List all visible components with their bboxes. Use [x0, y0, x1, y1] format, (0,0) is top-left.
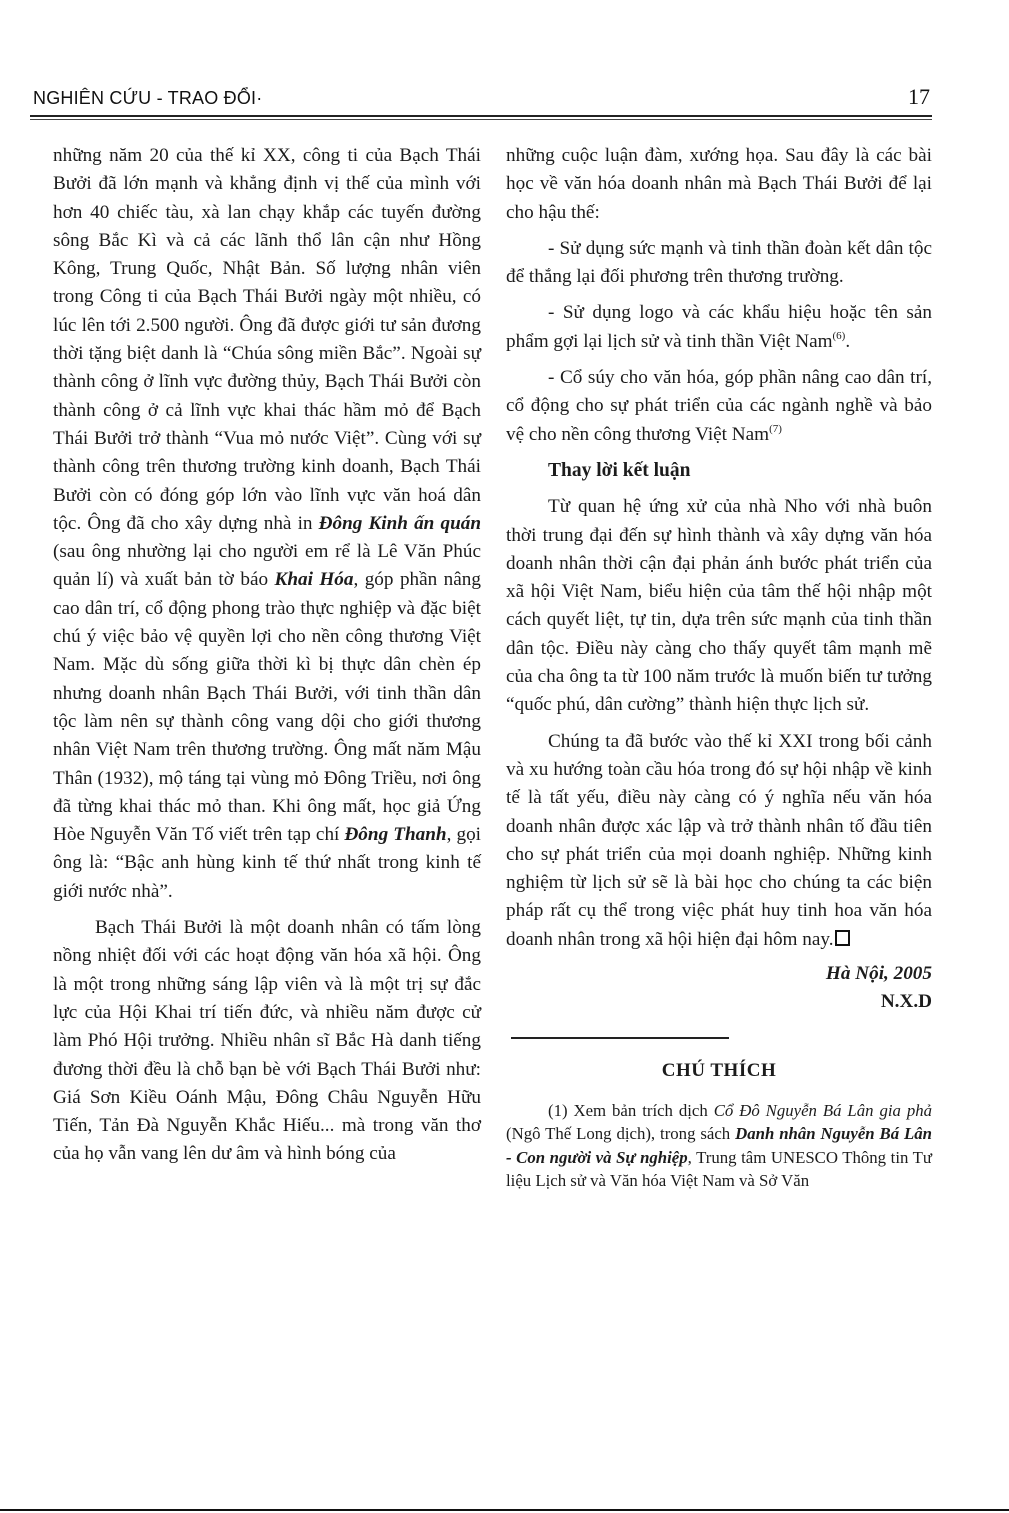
page-bottom-edge: [0, 1509, 1009, 1511]
title-khai-hoa: Khai Hóa: [275, 569, 354, 590]
title-dong-kinh-an-quan: Đông Kinh ấn quán: [319, 513, 481, 534]
paragraph: Chúng ta đã bước vào thế kỉ XXI trong bố…: [506, 728, 932, 954]
header-rule: [30, 115, 932, 117]
lesson-text: - Sử dụng logo và các khẩu hiệu hoặc tên…: [506, 302, 932, 351]
lesson-item: - Cổ súy cho văn hóa, góp phần nâng cao …: [506, 364, 932, 449]
footnote-1: (1) Xem bản trích dịch Cổ Đô Nguyễn Bá L…: [506, 1099, 932, 1193]
section-heading: Thay lời kết luận: [506, 457, 932, 485]
cited-title: Cổ Đô Nguyễn Bá Lân gia phả: [714, 1101, 932, 1120]
text-run: (Ngô Thế Long dịch), trong sách: [506, 1124, 735, 1143]
text-run: .: [845, 331, 850, 352]
page-number: 17: [908, 84, 930, 110]
paragraph: Bạch Thái Bưởi là một doanh nhân có tấm …: [53, 914, 481, 1169]
paragraph: những năm 20 của thế kỉ XX, công ti của …: [53, 142, 481, 906]
notes-divider: [511, 1037, 729, 1039]
lesson-text: - Sử dụng sức mạnh và tinh thần đoàn kết…: [506, 238, 932, 287]
text-run: những năm 20 của thế kỉ XX, công ti của …: [53, 145, 481, 534]
footnote-ref[interactable]: (6): [833, 330, 846, 342]
text-run: Chúng ta đã bước vào thế kỉ XXI trong bố…: [506, 731, 932, 950]
header-rule-thin: [30, 119, 932, 120]
left-column: những năm 20 của thế kỉ XX, công ti của …: [53, 142, 481, 1169]
text-run: (1) Xem bản trích dịch: [548, 1101, 714, 1120]
text-run: , góp phần nâng cao dân trí, cổ động pho…: [53, 569, 481, 845]
lesson-item: - Sử dụng sức mạnh và tinh thần đoàn kết…: [506, 235, 932, 292]
right-column: những cuộc luận đàm, xướng họa. Sau đây …: [506, 142, 932, 1193]
paragraph: những cuộc luận đàm, xướng họa. Sau đây …: [506, 142, 932, 227]
section-title: NGHIÊN CỨU - TRAO ĐỔI·: [33, 88, 262, 109]
paragraph: Từ quan hệ ứng xử của nhà Nho với nhà bu…: [506, 493, 932, 719]
end-mark-icon: [835, 930, 850, 946]
running-header: NGHIÊN CỨU - TRAO ĐỔI· 17: [33, 86, 932, 112]
signature-place: Hà Nội, 2005: [506, 960, 932, 988]
title-dong-thanh: Đông Thanh: [344, 824, 446, 845]
signature-author: N.X.D: [506, 988, 932, 1016]
footnote-ref[interactable]: (7): [769, 423, 782, 435]
notes-title: CHÚ THÍCH: [506, 1057, 932, 1085]
lesson-item: - Sử dụng logo và các khẩu hiệu hoặc tên…: [506, 299, 932, 356]
lesson-text: - Cổ súy cho văn hóa, góp phần nâng cao …: [506, 367, 932, 445]
